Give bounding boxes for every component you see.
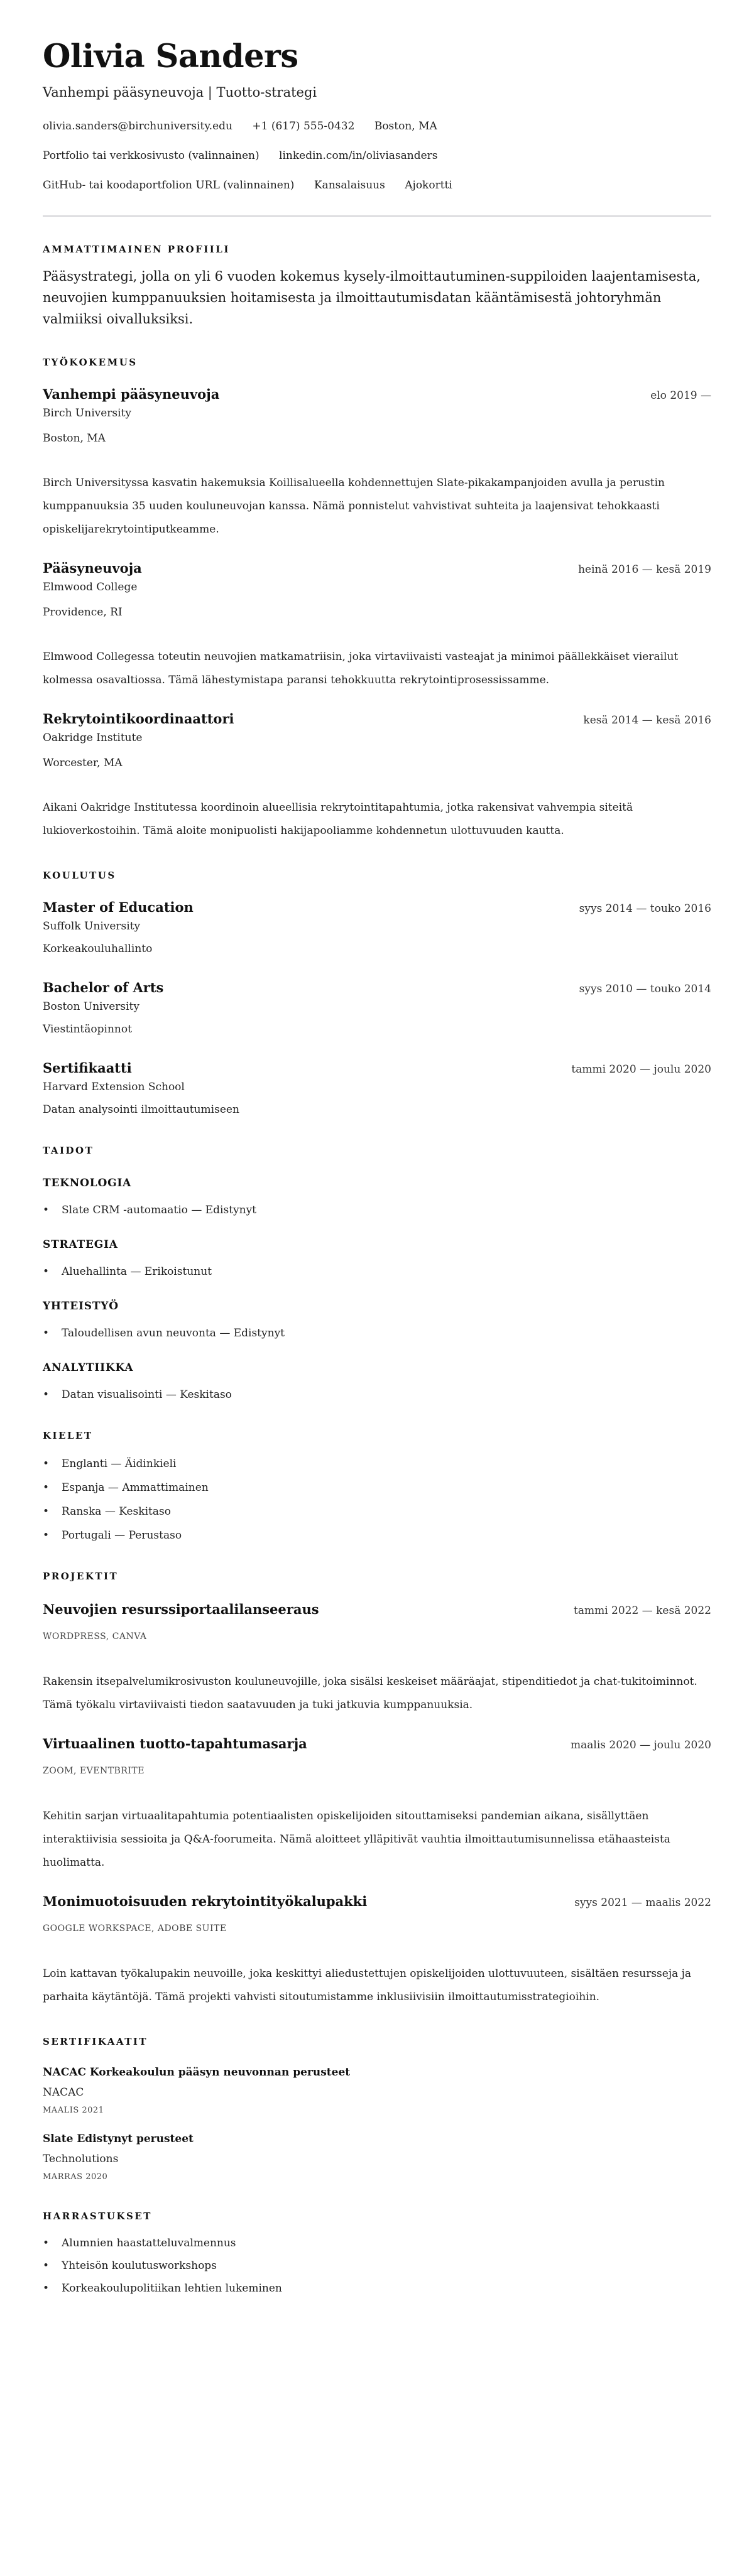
certification-entry: NACAC Korkeakoulun pääsyn neuvonnan peru… xyxy=(43,2064,711,2117)
projects-section: PROJEKTIT Neuvojien resurssiportaalilans… xyxy=(43,1570,711,2009)
degree-title: Bachelor of Arts xyxy=(43,978,163,997)
project-dates: tammi 2022 — kesä 2022 xyxy=(574,1603,711,1619)
job-description: Elmwood Collegessa toteutin neuvojien ma… xyxy=(43,646,711,692)
certification-title: Slate Edistynyt perusteet xyxy=(43,2131,711,2147)
certification-entry: Slate Edistynyt perusteet Technolutions … xyxy=(43,2131,711,2184)
certification-issuer: NACAC xyxy=(43,2084,711,2101)
project-entry: Virtuaalinen tuotto-tapahtumasarja maali… xyxy=(43,1734,711,1875)
hobby-item: Yhteisön koulutusworkshops xyxy=(43,2258,711,2274)
header-divider xyxy=(43,215,711,217)
project-tech-stack: ZOOM, EVENTBRITE xyxy=(43,1765,711,1777)
project-dates: maalis 2020 — joulu 2020 xyxy=(571,1737,711,1753)
field-of-study: Viestintäopinnot xyxy=(43,1021,711,1037)
contact-drivers-license: Ajokortti xyxy=(405,179,452,192)
project-entry: Monimuotoisuuden rekrytointityökalupakki… xyxy=(43,1892,711,2009)
skill-item: Taloudellisen avun neuvonta — Edistynyt xyxy=(43,1325,711,1341)
project-tech-stack: GOOGLE WORKSPACE, ADOBE SUITE xyxy=(43,1922,711,1935)
job-employer: Oakridge Institute xyxy=(43,730,711,746)
job-entry: Rekrytointikoordinaattori kesä 2014 — ke… xyxy=(43,710,711,843)
section-title-experience: TYÖKOKEMUS xyxy=(43,356,711,369)
job-title: Rekrytointikoordinaattori xyxy=(43,710,234,728)
job-title: Pääsyneuvoja xyxy=(43,559,142,578)
contact-github[interactable]: GitHub- tai koodaportfolion URL (valinna… xyxy=(43,179,294,192)
project-dates: syys 2021 — maalis 2022 xyxy=(574,1895,711,1911)
skill-group: ANALYTIIKKA Datan visualisointi — Keskit… xyxy=(43,1360,711,1403)
education-section: KOULUTUS Master of Education syys 2014 —… xyxy=(43,869,711,1118)
field-of-study: Korkeakouluhallinto xyxy=(43,941,711,957)
hobby-item: Korkeakoulupolitiikan lehtien lukeminen xyxy=(43,2280,711,2297)
language-item: Ranska — Keskitaso xyxy=(43,1503,711,1520)
section-title-certifications: SERTIFIKAATIT xyxy=(43,2035,711,2048)
language-item: Portugali — Perustaso xyxy=(43,1527,711,1544)
job-title: Vanhempi pääsyneuvoja xyxy=(43,385,219,404)
project-entry: Neuvojien resurssiportaalilanseeraus tam… xyxy=(43,1600,711,1717)
job-employer: Birch University xyxy=(43,405,711,421)
education-dates: syys 2010 — touko 2014 xyxy=(579,981,711,997)
job-employer: Elmwood College xyxy=(43,579,711,595)
education-entry: Master of Education syys 2014 — touko 20… xyxy=(43,898,711,957)
certification-date: MARRAS 2020 xyxy=(43,2171,711,2184)
job-dates: elo 2019 — xyxy=(650,387,711,404)
certification-date: MAALIS 2021 xyxy=(43,2104,711,2117)
job-description: Birch Universityssa kasvatin hakemuksia … xyxy=(43,472,711,541)
project-title: Neuvojien resurssiportaalilanseeraus xyxy=(43,1600,319,1619)
resume-header: Olivia Sanders Vanhempi pääsyneuvoja | T… xyxy=(43,36,711,193)
skill-item: Aluehallinta — Erikoistunut xyxy=(43,1264,711,1280)
contact-linkedin[interactable]: linkedin.com/in/oliviasanders xyxy=(279,149,437,162)
project-description: Rakensin itsepalvelumikrosivuston koulun… xyxy=(43,1670,711,1717)
contact-citizenship: Kansalaisuus xyxy=(314,179,385,192)
degree-title: Sertifikaatti xyxy=(43,1059,132,1078)
candidate-tagline: Vanhempi pääsyneuvoja | Tuotto-strategi xyxy=(43,83,711,102)
certifications-section: SERTIFIKAATIT NACAC Korkeakoulun pääsyn … xyxy=(43,2035,711,2184)
contact-location: Boston, MA xyxy=(374,120,437,133)
school-name: Suffolk University xyxy=(43,918,711,934)
contact-row-extra: GitHub- tai koodaportfolion URL (valinna… xyxy=(43,177,711,193)
job-entry: Vanhempi pääsyneuvoja elo 2019 — Birch U… xyxy=(43,385,711,541)
education-dates: tammi 2020 — joulu 2020 xyxy=(571,1061,711,1078)
contact-email[interactable]: olivia.sanders@birchuniversity.edu xyxy=(43,120,232,133)
degree-title: Master of Education xyxy=(43,898,194,917)
skill-item: Slate CRM -automaatio — Edistynyt xyxy=(43,1202,711,1218)
section-title-profile: AMMATTIMAINEN PROFIILI xyxy=(43,243,711,256)
contact-row-primary: olivia.sanders@birchuniversity.edu +1 (6… xyxy=(43,118,711,134)
profile-summary: Pääsystrategi, jolla on yli 6 vuoden kok… xyxy=(43,266,711,330)
language-item: Espanja — Ammattimainen xyxy=(43,1480,711,1496)
job-location: Providence, RI xyxy=(43,604,711,620)
education-entry: Bachelor of Arts syys 2010 — touko 2014 … xyxy=(43,978,711,1037)
skills-section: TAIDOT TEKNOLOGIA Slate CRM -automaatio … xyxy=(43,1144,711,1403)
language-item: Englanti — Äidinkieli xyxy=(43,1456,711,1472)
section-title-languages: KIELET xyxy=(43,1429,711,1442)
skill-group-title: STRATEGIA xyxy=(43,1237,711,1252)
candidate-name: Olivia Sanders xyxy=(43,36,711,77)
field-of-study: Datan analysointi ilmoittautumiseen xyxy=(43,1101,711,1118)
contact-phone[interactable]: +1 (617) 555-0432 xyxy=(252,120,354,133)
resume-page: Olivia Sanders Vanhempi pääsyneuvoja | T… xyxy=(0,0,754,2341)
project-title: Virtuaalinen tuotto-tapahtumasarja xyxy=(43,1734,307,1753)
project-tech-stack: WORDPRESS, CANVA xyxy=(43,1630,711,1643)
section-title-projects: PROJEKTIT xyxy=(43,1570,711,1583)
skill-group-title: ANALYTIIKKA xyxy=(43,1360,711,1375)
project-description: Kehitin sarjan virtuaalitapahtumia poten… xyxy=(43,1805,711,1875)
project-description: Loin kattavan työkalupakin neuvoille, jo… xyxy=(43,1962,711,2009)
skill-group: TEKNOLOGIA Slate CRM -automaatio — Edist… xyxy=(43,1176,711,1218)
job-dates: heinä 2016 — kesä 2019 xyxy=(578,561,711,578)
contact-portfolio[interactable]: Portfolio tai verkkosivusto (valinnainen… xyxy=(43,149,260,162)
section-title-hobbies: HARRASTUKSET xyxy=(43,2210,711,2222)
skill-group: YHTEISTYÖ Taloudellisen avun neuvonta — … xyxy=(43,1299,711,1341)
skill-group-title: TEKNOLOGIA xyxy=(43,1176,711,1191)
hobbies-section: HARRASTUKSET Alumnien haastatteluvalmenn… xyxy=(43,2210,711,2297)
job-dates: kesä 2014 — kesä 2016 xyxy=(583,712,711,728)
skill-item: Datan visualisointi — Keskitaso xyxy=(43,1387,711,1403)
project-title: Monimuotoisuuden rekrytointityökalupakki xyxy=(43,1892,367,1911)
skill-group: STRATEGIA Aluehallinta — Erikoistunut xyxy=(43,1237,711,1280)
school-name: Harvard Extension School xyxy=(43,1079,711,1095)
school-name: Boston University xyxy=(43,998,711,1015)
contact-row-links: Portfolio tai verkkosivusto (valinnainen… xyxy=(43,148,711,164)
education-entry: Sertifikaatti tammi 2020 — joulu 2020 Ha… xyxy=(43,1059,711,1118)
job-location: Boston, MA xyxy=(43,430,711,446)
job-description: Aikani Oakridge Institutessa koordinoin … xyxy=(43,796,711,843)
experience-section: TYÖKOKEMUS Vanhempi pääsyneuvoja elo 201… xyxy=(43,356,711,843)
job-entry: Pääsyneuvoja heinä 2016 — kesä 2019 Elmw… xyxy=(43,559,711,692)
section-title-skills: TAIDOT xyxy=(43,1144,711,1157)
profile-section: AMMATTIMAINEN PROFIILI Pääsystrategi, jo… xyxy=(43,243,711,330)
languages-section: KIELET Englanti — Äidinkieli Espanja — A… xyxy=(43,1429,711,1544)
certification-title: NACAC Korkeakoulun pääsyn neuvonnan peru… xyxy=(43,2064,711,2081)
education-dates: syys 2014 — touko 2016 xyxy=(579,901,711,917)
job-location: Worcester, MA xyxy=(43,755,711,771)
skill-group-title: YHTEISTYÖ xyxy=(43,1299,711,1314)
certification-issuer: Technolutions xyxy=(43,2151,711,2167)
hobby-item: Alumnien haastatteluvalmennus xyxy=(43,2235,711,2251)
section-title-education: KOULUTUS xyxy=(43,869,711,882)
